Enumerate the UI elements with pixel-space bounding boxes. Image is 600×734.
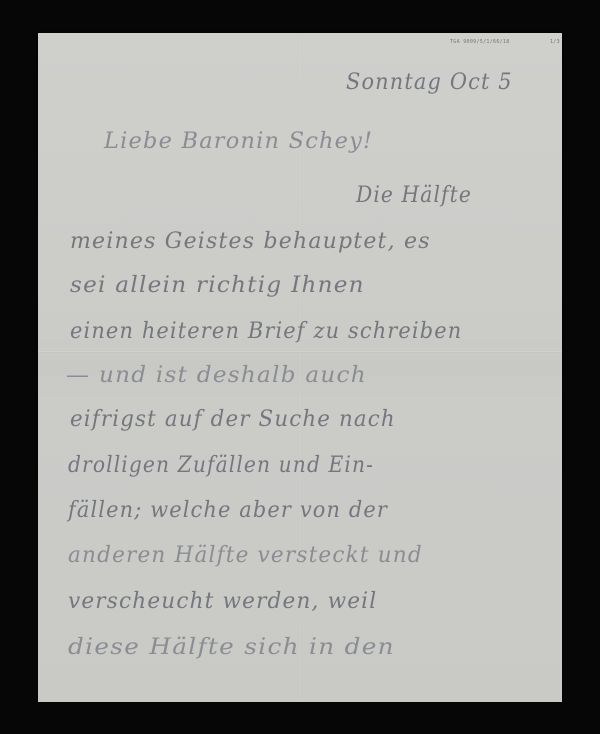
letter-line-11: diese Hälfte sich in den bbox=[68, 635, 395, 660]
letter-salutation: Liebe Baronin Schey! bbox=[104, 129, 373, 154]
archive-reference-stamp: TGA 9009/5/1/66/18 bbox=[450, 39, 510, 45]
letter-page: TGA 9009/5/1/66/18 1/3 Sonntag Oct 5 Lie… bbox=[38, 33, 562, 702]
letter-dateline: Sonntag Oct 5 bbox=[346, 70, 513, 95]
letter-line-1: Die Hälfte bbox=[356, 183, 472, 208]
letter-line-3: sei allein richtig Ihnen bbox=[70, 273, 365, 298]
letter-line-8: fällen; welche aber von der bbox=[68, 498, 388, 523]
letter-line-4: einen heiteren Brief zu schreiben bbox=[70, 319, 462, 344]
letter-line-5: — und ist deshalb auch bbox=[66, 363, 367, 388]
letter-line-6: eifrigst auf der Suche nach bbox=[70, 407, 396, 432]
letter-line-7: drolligen Zufällen und Ein- bbox=[68, 453, 374, 478]
archive-page-number: 1/3 bbox=[550, 39, 560, 45]
letter-line-2: meines Geistes behauptet, es bbox=[70, 229, 431, 254]
letter-line-10: verscheucht werden, weil bbox=[68, 589, 377, 614]
letter-line-9: anderen Hälfte versteckt und bbox=[68, 543, 423, 568]
